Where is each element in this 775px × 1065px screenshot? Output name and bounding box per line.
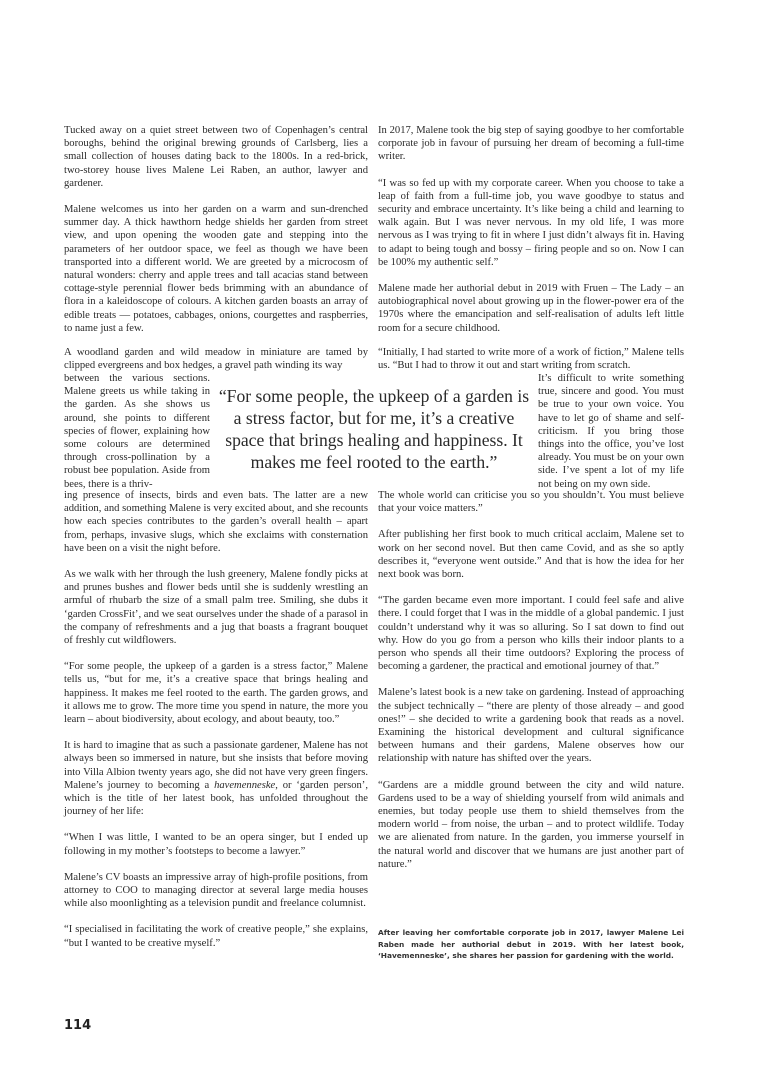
right-wrap-full-text: “Initially, I had started to write more …	[378, 346, 684, 372]
paragraph: Malene made her authorial debut in 2019 …	[378, 282, 684, 335]
paragraph: ing presence of insects, birds and even …	[64, 489, 368, 555]
paragraph: “For some people, the upkeep of a garden…	[64, 660, 368, 726]
left-column-body: ing presence of insects, birds and even …	[64, 489, 368, 963]
paragraph: In 2017, Malene took the big step of say…	[378, 124, 684, 164]
paragraph: “The garden became even more important. …	[378, 594, 684, 673]
left-wrap-narrow-text: between the various sections. Malene gre…	[64, 372, 210, 491]
book-title-italic: havemenneske	[214, 780, 275, 791]
paragraph: “I was so fed up with my corporate caree…	[378, 177, 684, 269]
left-wrap-full-text: A woodland garden and wild meadow in min…	[64, 346, 368, 372]
page-number: 114	[64, 1018, 91, 1033]
paragraph: After publishing her first book to much …	[378, 528, 684, 581]
paragraph: “Gardens are a middle ground between the…	[378, 779, 684, 871]
paragraph-villa-albion: It is hard to imagine that as such a pas…	[64, 739, 368, 818]
paragraph: As we walk with her through the lush gre…	[64, 568, 368, 647]
right-column-intro: In 2017, Malene took the big step of say…	[378, 124, 684, 348]
paragraph: Malene’s latest book is a new take on ga…	[378, 686, 684, 765]
paragraph: “When I was little, I wanted to be an op…	[64, 831, 368, 857]
paragraph: The whole world can criticise you so you…	[378, 489, 684, 515]
paragraph: Malene’s CV boasts an impressive array o…	[64, 871, 368, 911]
pull-quote: “For some people, the upkeep of a garden…	[216, 385, 532, 473]
paragraph: “I specialised in facilitating the work …	[64, 923, 368, 949]
right-column-body: The whole world can criticise you so you…	[378, 489, 684, 884]
left-column-intro: Tucked away on a quiet street between tw…	[64, 124, 368, 348]
paragraph: Malene welcomes us into her garden on a …	[64, 203, 368, 335]
photo-caption: After leaving her comfortable corporate …	[378, 927, 684, 962]
paragraph: Tucked away on a quiet street between tw…	[64, 124, 368, 190]
right-wrap-narrow-text: It’s difficult to write something true, …	[538, 372, 684, 491]
